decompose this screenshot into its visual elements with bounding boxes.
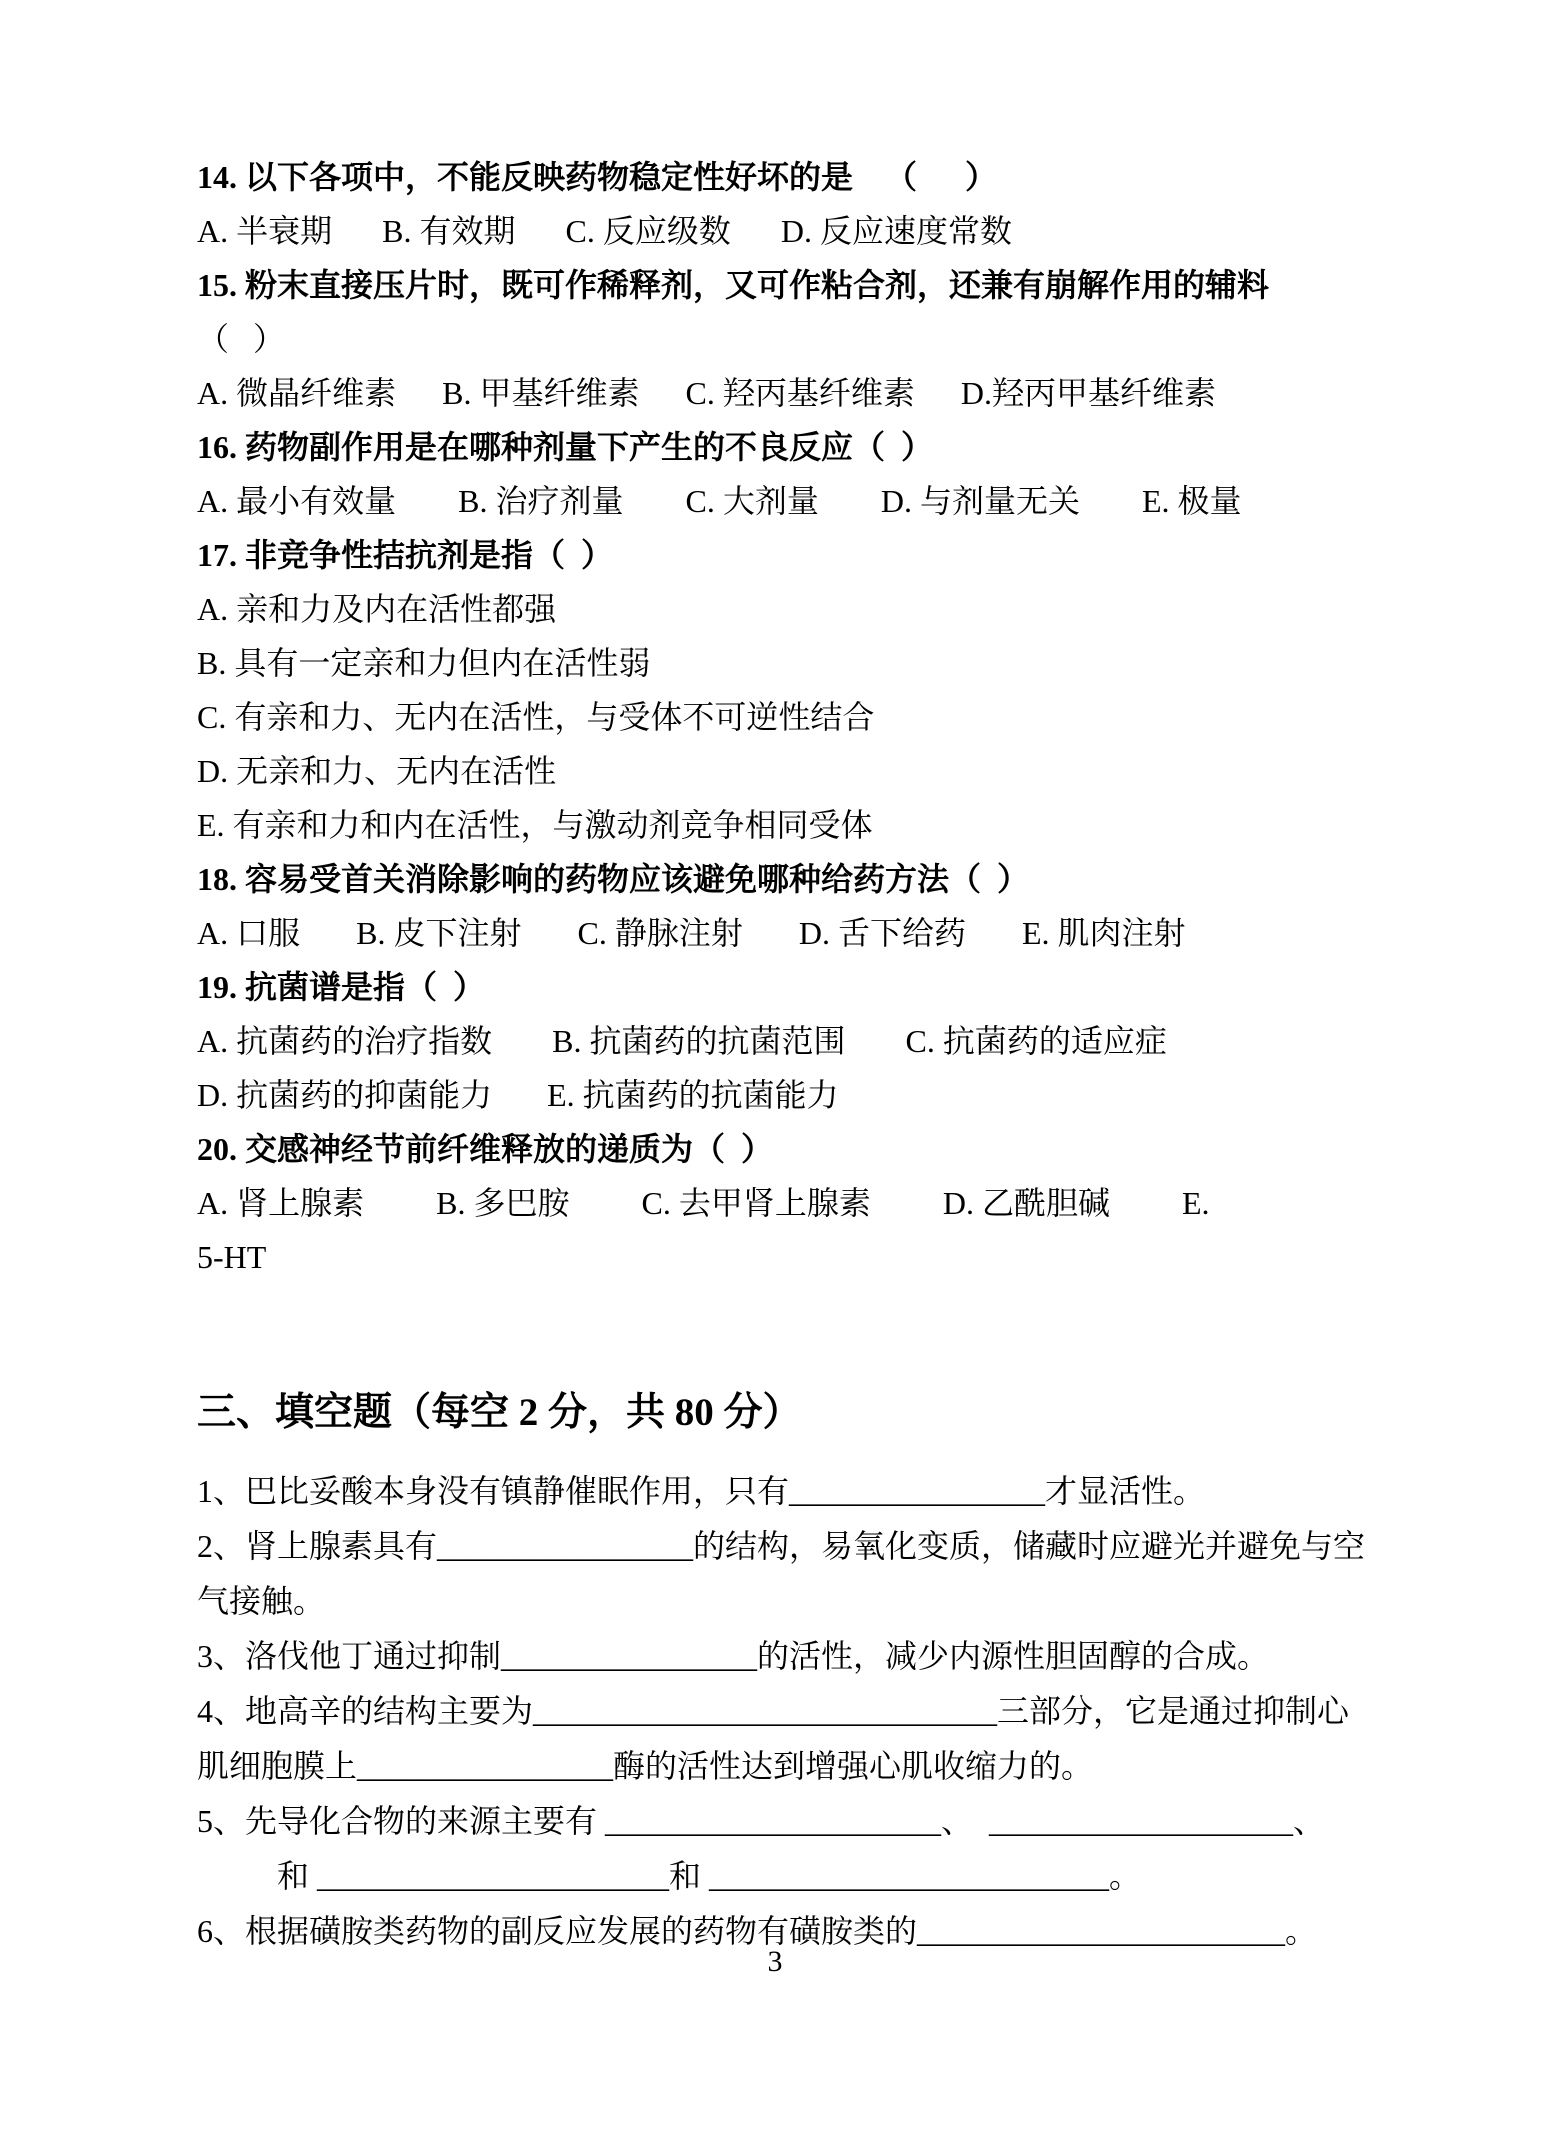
fill-line: 气接触。	[197, 1574, 1467, 1629]
option: E. 抗菌药的抗菌能力	[547, 1068, 839, 1122]
option: C. 反应级数	[565, 204, 730, 258]
fill-line: 1、巴比妥酸本身没有镇静催眠作用，只有________________才显活性。	[197, 1464, 1467, 1519]
question-18-options-row: A. 口服B. 皮下注射C. 静脉注射D. 舌下给药E. 肌肉注射	[197, 906, 1467, 960]
option: B. 多巴胺	[436, 1176, 569, 1230]
fill-line: 4、地高辛的结构主要为_____________________________…	[197, 1684, 1467, 1739]
fill-line: 和 ______________________和 ______________…	[197, 1849, 1467, 1904]
option: D. 舌下给药	[799, 906, 966, 960]
fill-in-blank-section: 1、巴比妥酸本身没有镇静催眠作用，只有________________才显活性。…	[197, 1464, 1467, 1959]
question-17-options-row: B. 具有一定亲和力但内在活性弱	[197, 636, 1467, 690]
question-20-options-row: A. 肾上腺素B. 多巴胺C. 去甲肾上腺素D. 乙酰胆碱E.	[197, 1176, 1467, 1230]
question-stem-16: 16. 药物副作用是在哪种剂量下产生的不良反应（ ）	[197, 420, 1467, 474]
question-17-options-row: A. 亲和力及内在活性都强	[197, 582, 1467, 636]
option: B. 具有一定亲和力但内在活性弱	[197, 636, 650, 690]
option: D.羟丙甲基纤维素	[961, 366, 1216, 420]
question-stem-15-cont: （ ）	[197, 312, 1467, 366]
option: A. 亲和力及内在活性都强	[197, 582, 556, 636]
question-15-options-row: A. 微晶纤维素B. 甲基纤维素C. 羟丙基纤维素D.羟丙甲基纤维素	[197, 366, 1467, 420]
fill-line: 5、先导化合物的来源主要有 _____________________、 ___…	[197, 1794, 1467, 1849]
option: D. 无亲和力、无内在活性	[197, 744, 556, 798]
fill-line: 3、洛伐他丁通过抑制________________的活性，减少内源性胆固醇的合…	[197, 1629, 1467, 1684]
fill-line: 2、肾上腺素具有________________的结构，易氧化变质，储藏时应避光…	[197, 1519, 1467, 1574]
option: A. 肾上腺素	[197, 1176, 364, 1230]
question-stem-14: 14. 以下各项中，不能反映药物稳定性好坏的是 （ ）	[197, 150, 1467, 204]
option: A. 微晶纤维素	[197, 366, 396, 420]
option: D. 抗菌药的抑菌能力	[197, 1068, 492, 1122]
option: A. 半衰期	[197, 204, 332, 258]
option: B. 抗菌药的抗菌范围	[552, 1014, 845, 1068]
question-stem-17: 17. 非竞争性拮抗剂是指（ ）	[197, 528, 1467, 582]
option: C. 去甲肾上腺素	[641, 1176, 870, 1230]
option: D. 反应速度常数	[781, 204, 1012, 258]
option: B. 甲基纤维素	[442, 366, 639, 420]
question-17-options-row: D. 无亲和力、无内在活性	[197, 744, 1467, 798]
question-17-options-row: E. 有亲和力和内在活性，与激动剂竞争相同受体	[197, 798, 1467, 852]
question-stem-19: 19. 抗菌谱是指（ ）	[197, 960, 1467, 1014]
question-stem-18: 18. 容易受首关消除影响的药物应该避免哪种给药方法（ ）	[197, 852, 1467, 906]
page-number: 3	[0, 1942, 1550, 1982]
option: D. 乙酰胆碱	[943, 1176, 1110, 1230]
option: E. 有亲和力和内在活性，与激动剂竞争相同受体	[197, 798, 873, 852]
option: C. 羟丙基纤维素	[685, 366, 914, 420]
option: C. 有亲和力、无内在活性，与受体不可逆性结合	[197, 690, 874, 744]
option: D. 与剂量无关	[881, 474, 1080, 528]
option: E. 肌肉注射	[1022, 906, 1186, 960]
option: B. 治疗剂量	[458, 474, 623, 528]
multiple-choice-section: 14. 以下各项中，不能反映药物稳定性好坏的是 （ ）A. 半衰期B. 有效期C…	[197, 150, 1467, 1284]
option: A. 最小有效量	[197, 474, 396, 528]
question-19-options-row: A. 抗菌药的治疗指数B. 抗菌药的抗菌范围C. 抗菌药的适应症	[197, 1014, 1467, 1068]
option: B. 有效期	[382, 204, 515, 258]
option: 5-HT	[197, 1230, 266, 1284]
option: C. 静脉注射	[577, 906, 742, 960]
question-20-options-row: 5-HT	[197, 1230, 1467, 1284]
option: A. 抗菌药的治疗指数	[197, 1014, 492, 1068]
option: A. 口服	[197, 906, 300, 960]
exam-document: 14. 以下各项中，不能反映药物稳定性好坏的是 （ ）A. 半衰期B. 有效期C…	[197, 150, 1467, 1959]
fill-line: 肌细胞膜上________________酶的活性达到增强心肌收缩力的。	[197, 1739, 1467, 1794]
fill-section-heading: 三、填空题（每空 2 分，共 80 分）	[197, 1380, 1467, 1446]
question-19-options-row: D. 抗菌药的抑菌能力E. 抗菌药的抗菌能力	[197, 1068, 1467, 1122]
option: C. 大剂量	[685, 474, 818, 528]
option: B. 皮下注射	[356, 906, 521, 960]
question-14-options-row: A. 半衰期B. 有效期C. 反应级数D. 反应速度常数	[197, 204, 1467, 258]
option: E.	[1182, 1176, 1210, 1230]
option: C. 抗菌药的适应症	[905, 1014, 1166, 1068]
question-stem-15: 15. 粉末直接压片时，既可作稀释剂，又可作粘合剂，还兼有崩解作用的辅料	[197, 258, 1467, 312]
option: E. 极量	[1142, 474, 1242, 528]
question-stem-20: 20. 交感神经节前纤维释放的递质为（ ）	[197, 1122, 1467, 1176]
question-16-options-row: A. 最小有效量B. 治疗剂量C. 大剂量D. 与剂量无关E. 极量	[197, 474, 1467, 528]
question-17-options-row: C. 有亲和力、无内在活性，与受体不可逆性结合	[197, 690, 1467, 744]
